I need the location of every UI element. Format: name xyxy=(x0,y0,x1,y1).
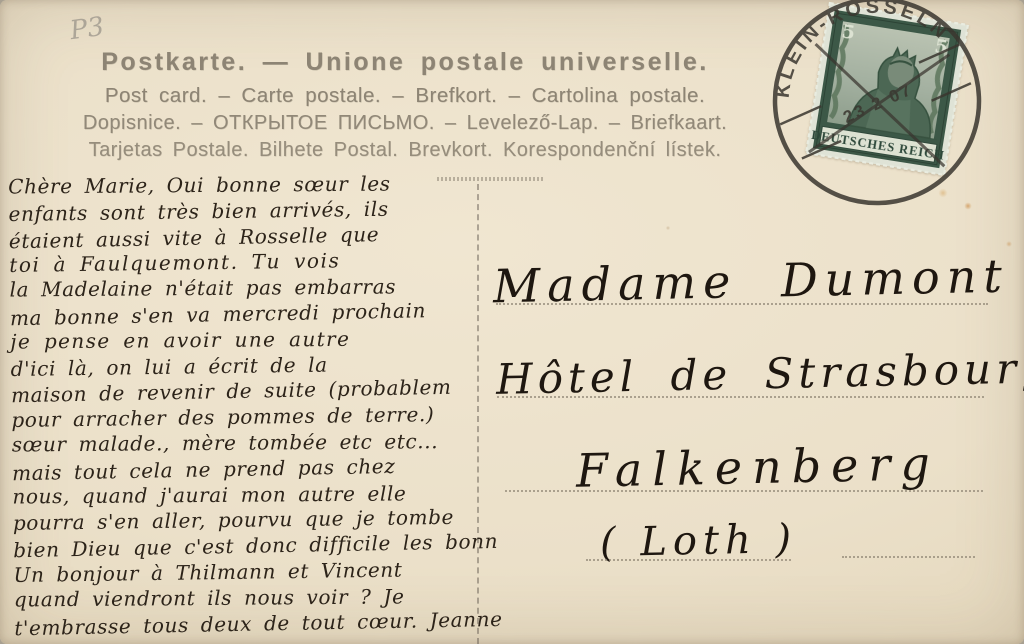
postmark: KLEIN-ROSSELN 23 2 07 xyxy=(728,0,1024,250)
pencil-mark: P3 xyxy=(68,12,106,46)
address-dotted-line xyxy=(497,396,984,398)
header-line-2: Post card. – Carte postale. – Brefkort. … xyxy=(55,84,755,108)
handwritten-message: Chère Marie, Oui bonne sœur les enfants … xyxy=(8,169,500,640)
header-line-1: Postkarte. — Unione postale universelle. xyxy=(55,48,755,77)
address-dotted-line xyxy=(496,303,988,305)
header-line-4: Tarjetas Postale. Bilhete Postal. Brevko… xyxy=(55,139,755,162)
svg-text:KLEIN-ROSSELN: KLEIN-ROSSELN xyxy=(748,0,957,116)
message-line: je pense en avoir une autre xyxy=(10,325,496,355)
message-line: Chère Marie, Oui bonne sœur les xyxy=(8,171,494,201)
header-line-3: Dopisnice. – ОТКРЫТОЕ ПИСЬМО. – Levelező… xyxy=(55,112,755,135)
address-line-2: Hôtel de Strasbourg xyxy=(496,343,1024,404)
postcard: P3 Postkarte. — Unione postale universel… xyxy=(0,0,1024,644)
address-dotted-line xyxy=(586,559,791,561)
postmark-town: KLEIN-ROSSELN xyxy=(748,0,957,116)
postmark-graphic: KLEIN-ROSSELN 23 2 07 xyxy=(728,0,1024,250)
address-dotted-line xyxy=(505,490,983,492)
printed-header: Postkarte. — Unione postale universelle.… xyxy=(55,48,755,162)
postmark-ring xyxy=(742,0,1011,236)
message-line: nous, quand j'aurai mon autre elle xyxy=(12,480,498,510)
address-dotted-line xyxy=(842,556,975,558)
address-line-3: Falkenberg xyxy=(575,436,940,498)
